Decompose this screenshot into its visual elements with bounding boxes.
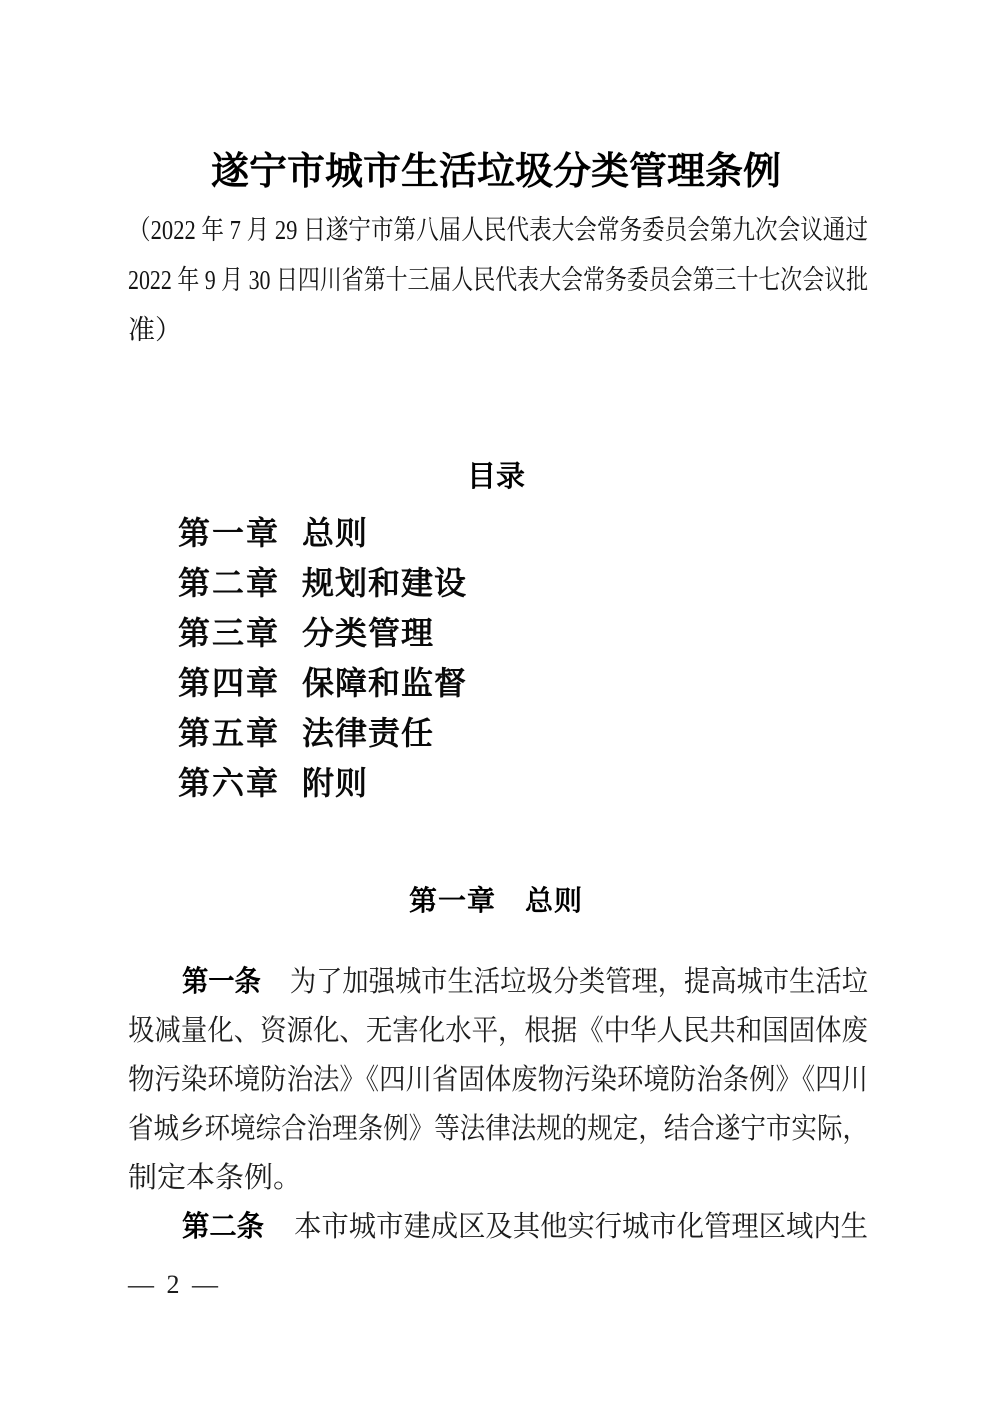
toc-chapter-title: 附则 — [302, 758, 368, 804]
toc-chapter-label: 第一章 — [178, 508, 280, 554]
article-1-line-text: 省城乡环境综合治理条例》等法律法规的规定，结合遂宁市实际， — [128, 1105, 868, 1154]
article-2-line-text: 第二条本市城市建成区及其他实行城市化管理区域内生 — [182, 1203, 868, 1252]
toc-chapter-title: 保障和监督 — [302, 658, 467, 704]
article-1-line-text: 第一条为了加强城市生活垃圾分类管理，提高城市生活垃 — [182, 958, 868, 1007]
approval-note-line-text: 2022 年 9 月 30 日四川省第十三届人民代表大会常务委员会第三十七次会议… — [128, 255, 868, 305]
toc-list: 第一章总则 第二章规划和建设 第三章分类管理 第四章保障和监督 第五章法律责任 … — [128, 506, 868, 806]
toc-chapter-title: 分类管理 — [302, 608, 434, 654]
toc-heading: 目录 — [0, 456, 992, 498]
approval-note-line: （2022 年 7 月 29 日遂宁市第八届人民代表大会常务委员会第九次会议通过 — [128, 205, 868, 255]
page-number: — 2 — — [128, 1268, 221, 1302]
article-1-number: 第一条 — [182, 966, 261, 998]
toc-chapter-title: 法律责任 — [302, 708, 434, 754]
toc-chapter-title: 总则 — [302, 508, 368, 554]
toc-chapter-label: 第六章 — [178, 758, 280, 804]
article-1-line: 制定本条例。 — [128, 1154, 868, 1203]
toc-item: 第五章法律责任 — [128, 706, 868, 756]
toc-chapter-label: 第二章 — [178, 558, 280, 604]
approval-note: （2022 年 7 月 29 日遂宁市第八届人民代表大会常务委员会第九次会议通过… — [128, 205, 868, 355]
toc-item: 第一章总则 — [128, 506, 868, 556]
toc-chapter-label: 第五章 — [178, 708, 280, 754]
toc-item: 第二章规划和建设 — [128, 556, 868, 606]
toc-item: 第三章分类管理 — [128, 606, 868, 656]
approval-note-line: 准） — [128, 305, 868, 355]
article-1-line-text: 圾减量化、资源化、无害化水平，根据《中华人民共和国固体废 — [128, 1007, 868, 1056]
article-1-line-text: 制定本条例。 — [128, 1154, 302, 1203]
toc-item: 第四章保障和监督 — [128, 656, 868, 706]
approval-note-line-text: （2022 年 7 月 29 日遂宁市第八届人民代表大会常务委员会第九次会议通过 — [128, 205, 868, 255]
article-1-line: 省城乡环境综合治理条例》等法律法规的规定，结合遂宁市实际， — [128, 1105, 868, 1154]
article-1-first-line-text: 为了加强城市生活垃圾分类管理，提高城市生活垃 — [290, 966, 868, 998]
chapter-heading: 第一章 总则 — [0, 880, 992, 922]
article-1-line-text: 物污染环境防治法》《四川省固体废物污染环境防治条例》《四川 — [128, 1056, 868, 1105]
approval-note-line-text: 准） — [128, 305, 182, 355]
article-2-line: 第二条本市城市建成区及其他实行城市化管理区域内生 — [128, 1203, 868, 1252]
toc-chapter-label: 第四章 — [178, 658, 280, 704]
document-title: 遂宁市城市生活垃圾分类管理条例 — [0, 146, 992, 198]
document-page: 遂宁市城市生活垃圾分类管理条例 （2022 年 7 月 29 日遂宁市第八届人民… — [0, 0, 992, 1403]
approval-note-line: 2022 年 9 月 30 日四川省第十三届人民代表大会常务委员会第三十七次会议… — [128, 255, 868, 305]
toc-chapter-label: 第三章 — [178, 608, 280, 654]
toc-chapter-title: 规划和建设 — [302, 558, 467, 604]
article-2-first-line-text: 本市城市建成区及其他实行城市化管理区域内生 — [294, 1211, 868, 1243]
article-2-number: 第二条 — [182, 1211, 264, 1243]
toc-item: 第六章附则 — [128, 756, 868, 806]
article-1-line: 第一条为了加强城市生活垃圾分类管理，提高城市生活垃 — [128, 958, 868, 1007]
article-1-line: 物污染环境防治法》《四川省固体废物污染环境防治条例》《四川 — [128, 1056, 868, 1105]
body-text: 第一条为了加强城市生活垃圾分类管理，提高城市生活垃 圾减量化、资源化、无害化水平… — [128, 958, 868, 1252]
article-1-line: 圾减量化、资源化、无害化水平，根据《中华人民共和国固体废 — [128, 1007, 868, 1056]
